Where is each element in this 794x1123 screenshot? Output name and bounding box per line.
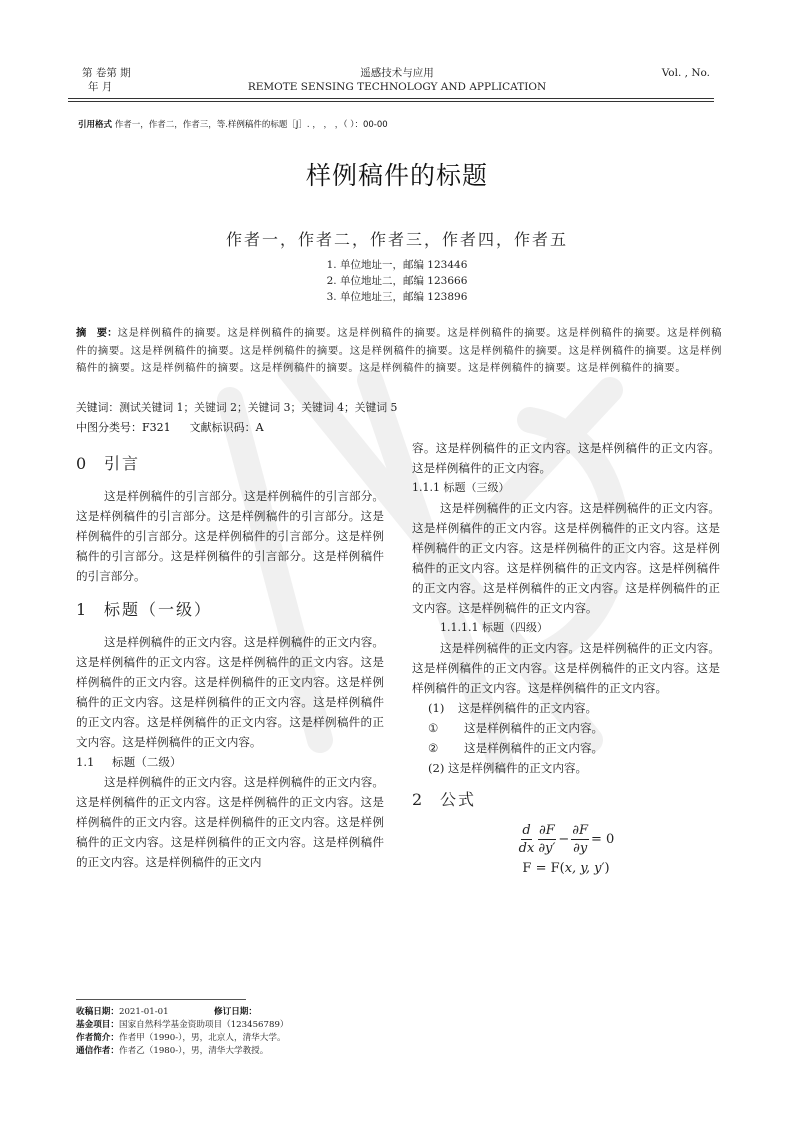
list-item: (1)这是样例稿件的正文内容。 bbox=[412, 698, 720, 718]
section-title: 标题（三级） bbox=[444, 481, 510, 494]
doc-code-value: A bbox=[256, 421, 264, 434]
abstract-label: 摘 要： bbox=[76, 327, 118, 339]
equation-rhs: = 0 bbox=[591, 830, 614, 850]
equation-block: d dx ∂F ∂y′ − ∂F ∂y = 0 F = F(x, y, y′) bbox=[412, 822, 720, 879]
section-heading-1-1-1: 1.1.1 标题（三级） bbox=[412, 478, 720, 498]
keywords: 关键词：测试关键词 1；关键词 2；关键词 3；关键词 4；关键词 5 bbox=[76, 400, 397, 415]
list-text: 这是样例稿件的正文内容。 bbox=[458, 701, 597, 715]
volume-number: Vol. , No. bbox=[662, 66, 710, 80]
section-number: 1.1 bbox=[76, 752, 112, 772]
section-heading-1: 1标题（一级） bbox=[76, 598, 384, 622]
list-marker: (2) bbox=[428, 758, 448, 778]
footnote-author-bio: 作者简介：作者甲（1990-），男，北京人，清华大学。 bbox=[76, 1032, 289, 1045]
section-1-1-paragraph-continued: 容。这是样例稿件的正文内容。这是样例稿件的正文内容。这是样例稿件的正文内容。 bbox=[412, 438, 720, 478]
citation-format: 引用格式 作者一，作者二，作者三，等.样例稿件的标题［J］. ， ， ，（ ）：… bbox=[78, 118, 388, 130]
section-title: 引言 bbox=[104, 454, 140, 473]
intro-paragraph: 这是样例稿件的引言部分。这是样例稿件的引言部分。这是样例稿件的引言部分。这是样例… bbox=[76, 486, 384, 586]
revised-label: 修订日期： bbox=[214, 1007, 257, 1017]
footnote-fund: 基金项目：国家自然科学基金资助项目（123456789） bbox=[76, 1019, 289, 1032]
bio-label: 作者简介： bbox=[76, 1033, 119, 1043]
section-number: 0 bbox=[76, 452, 104, 476]
section-number: 1.1.1.1 bbox=[440, 621, 478, 634]
paper-title: 样例稿件的标题 bbox=[0, 156, 794, 192]
list-marker: (1) bbox=[428, 698, 458, 718]
section-title: 公式 bbox=[440, 790, 476, 809]
affiliation-3: 3. 单位地址三，邮编 123896 bbox=[0, 289, 794, 305]
list-item: ①这是样例稿件的正文内容。 bbox=[412, 718, 720, 738]
section-number: 1.1.1 bbox=[412, 481, 440, 494]
clc-value: F321 bbox=[142, 421, 171, 434]
fraction-dF-dyprime: ∂F ∂y′ bbox=[537, 822, 556, 857]
citation-label: 引用格式 bbox=[78, 120, 112, 130]
section-heading-intro: 0引言 bbox=[76, 452, 384, 476]
doc-code-label: 文献标识码： bbox=[190, 421, 256, 434]
fraction-d-dx: d dx bbox=[518, 822, 536, 857]
affiliation-2: 2. 单位地址二，邮编 123666 bbox=[0, 273, 794, 289]
section-heading-1-1: 1.1标题（二级） bbox=[76, 752, 384, 772]
abstract-text: 这是样例稿件的摘要。这是样例稿件的摘要。这是样例稿件的摘要。这是样例稿件的摘要。… bbox=[76, 327, 722, 374]
section-1-1-1-paragraph: 这是样例稿件的正文内容。这是样例稿件的正文内容。这是样例稿件的正文内容。这是样例… bbox=[412, 498, 720, 618]
footnote-corresponding: 通信作者：作者乙（1980-），男，清华大学教授。 bbox=[76, 1045, 289, 1058]
minus-sign: − bbox=[558, 830, 569, 850]
bio-value: 作者甲（1990-），男，北京人，清华大学。 bbox=[119, 1033, 286, 1043]
section-title: 标题（四级） bbox=[482, 621, 548, 634]
header-rule bbox=[68, 98, 714, 99]
clc-label: 中图分类号： bbox=[76, 421, 142, 434]
body-column-right: 容。这是样例稿件的正文内容。这是样例稿件的正文内容。这是样例稿件的正文内容。 1… bbox=[412, 438, 720, 879]
abstract: 摘 要：这是样例稿件的摘要。这是样例稿件的摘要。这是样例稿件的摘要。这是样例稿件… bbox=[76, 325, 722, 378]
section-1-1-1-1-paragraph: 这是样例稿件的正文内容。这是样例稿件的正文内容。这是样例稿件的正文内容。这是样例… bbox=[412, 638, 720, 698]
affiliation-1: 1. 单位地址一，邮编 123446 bbox=[0, 257, 794, 273]
section-1-paragraph: 这是样例稿件的正文内容。这是样例稿件的正文内容。这是样例稿件的正文内容。这是样例… bbox=[76, 632, 384, 752]
received-value: 2021-01-01 bbox=[119, 1007, 169, 1017]
list-item: (2)这是样例稿件的正文内容。 bbox=[412, 758, 720, 778]
section-title: 标题（二级） bbox=[112, 755, 182, 769]
list-text: 这是样例稿件的正文内容。 bbox=[448, 761, 587, 775]
section-number: 2 bbox=[412, 788, 440, 812]
journal-name-en: REMOTE SENSING TECHNOLOGY AND APPLICATIO… bbox=[0, 80, 794, 94]
author-list: 作者一，作者二，作者三，作者四，作者五 bbox=[0, 227, 794, 250]
fund-value: 国家自然科学基金资助项目（123456789） bbox=[119, 1020, 289, 1030]
corresponding-label: 通信作者： bbox=[76, 1046, 119, 1056]
header-rule-thin bbox=[68, 101, 714, 102]
section-number: 1 bbox=[76, 598, 104, 622]
section-title: 标题（一级） bbox=[104, 600, 212, 619]
list-item: ②这是样例稿件的正文内容。 bbox=[412, 738, 720, 758]
fraction-dF-dy: ∂F ∂y bbox=[571, 822, 589, 857]
footnotes: 收稿日期：2021-01-01 修订日期： 基金项目：国家自然科学基金资助项目（… bbox=[76, 1006, 289, 1058]
equation-euler-lagrange: d dx ∂F ∂y′ − ∂F ∂y = 0 bbox=[412, 822, 720, 857]
corresponding-value: 作者乙（1980-），男，清华大学教授。 bbox=[119, 1046, 268, 1056]
classification: 中图分类号：F321 文献标识码：A bbox=[76, 419, 264, 435]
list-text: 这是样例稿件的正文内容。 bbox=[464, 741, 603, 755]
section-1-1-paragraph: 这是样例稿件的正文内容。这是样例稿件的正文内容。这是样例稿件的正文内容。这是样例… bbox=[76, 772, 384, 872]
keywords-text: 测试关键词 1；关键词 2；关键词 3；关键词 4；关键词 5 bbox=[119, 401, 397, 414]
section-heading-1-1-1-1: 1.1.1.1 标题（四级） bbox=[412, 618, 720, 638]
fund-label: 基金项目： bbox=[76, 1020, 119, 1030]
body-column-left: 0引言 这是样例稿件的引言部分。这是样例稿件的引言部分。这是样例稿件的引言部分。… bbox=[76, 440, 384, 872]
list-marker: ② bbox=[428, 738, 464, 758]
footnote-rule bbox=[76, 999, 246, 1000]
footnote-dates: 收稿日期：2021-01-01 修订日期： bbox=[76, 1006, 289, 1019]
keywords-label: 关键词： bbox=[76, 401, 119, 414]
section-heading-2: 2公式 bbox=[412, 788, 720, 812]
citation-text: 作者一，作者二，作者三，等.样例稿件的标题［J］. ， ， ，（ ）：00-00 bbox=[115, 120, 388, 130]
equation-function-def: F = F(x, y, y′) bbox=[412, 859, 720, 879]
list-text: 这是样例稿件的正文内容。 bbox=[464, 721, 603, 735]
received-label: 收稿日期： bbox=[76, 1007, 119, 1017]
list-marker: ① bbox=[428, 718, 464, 738]
